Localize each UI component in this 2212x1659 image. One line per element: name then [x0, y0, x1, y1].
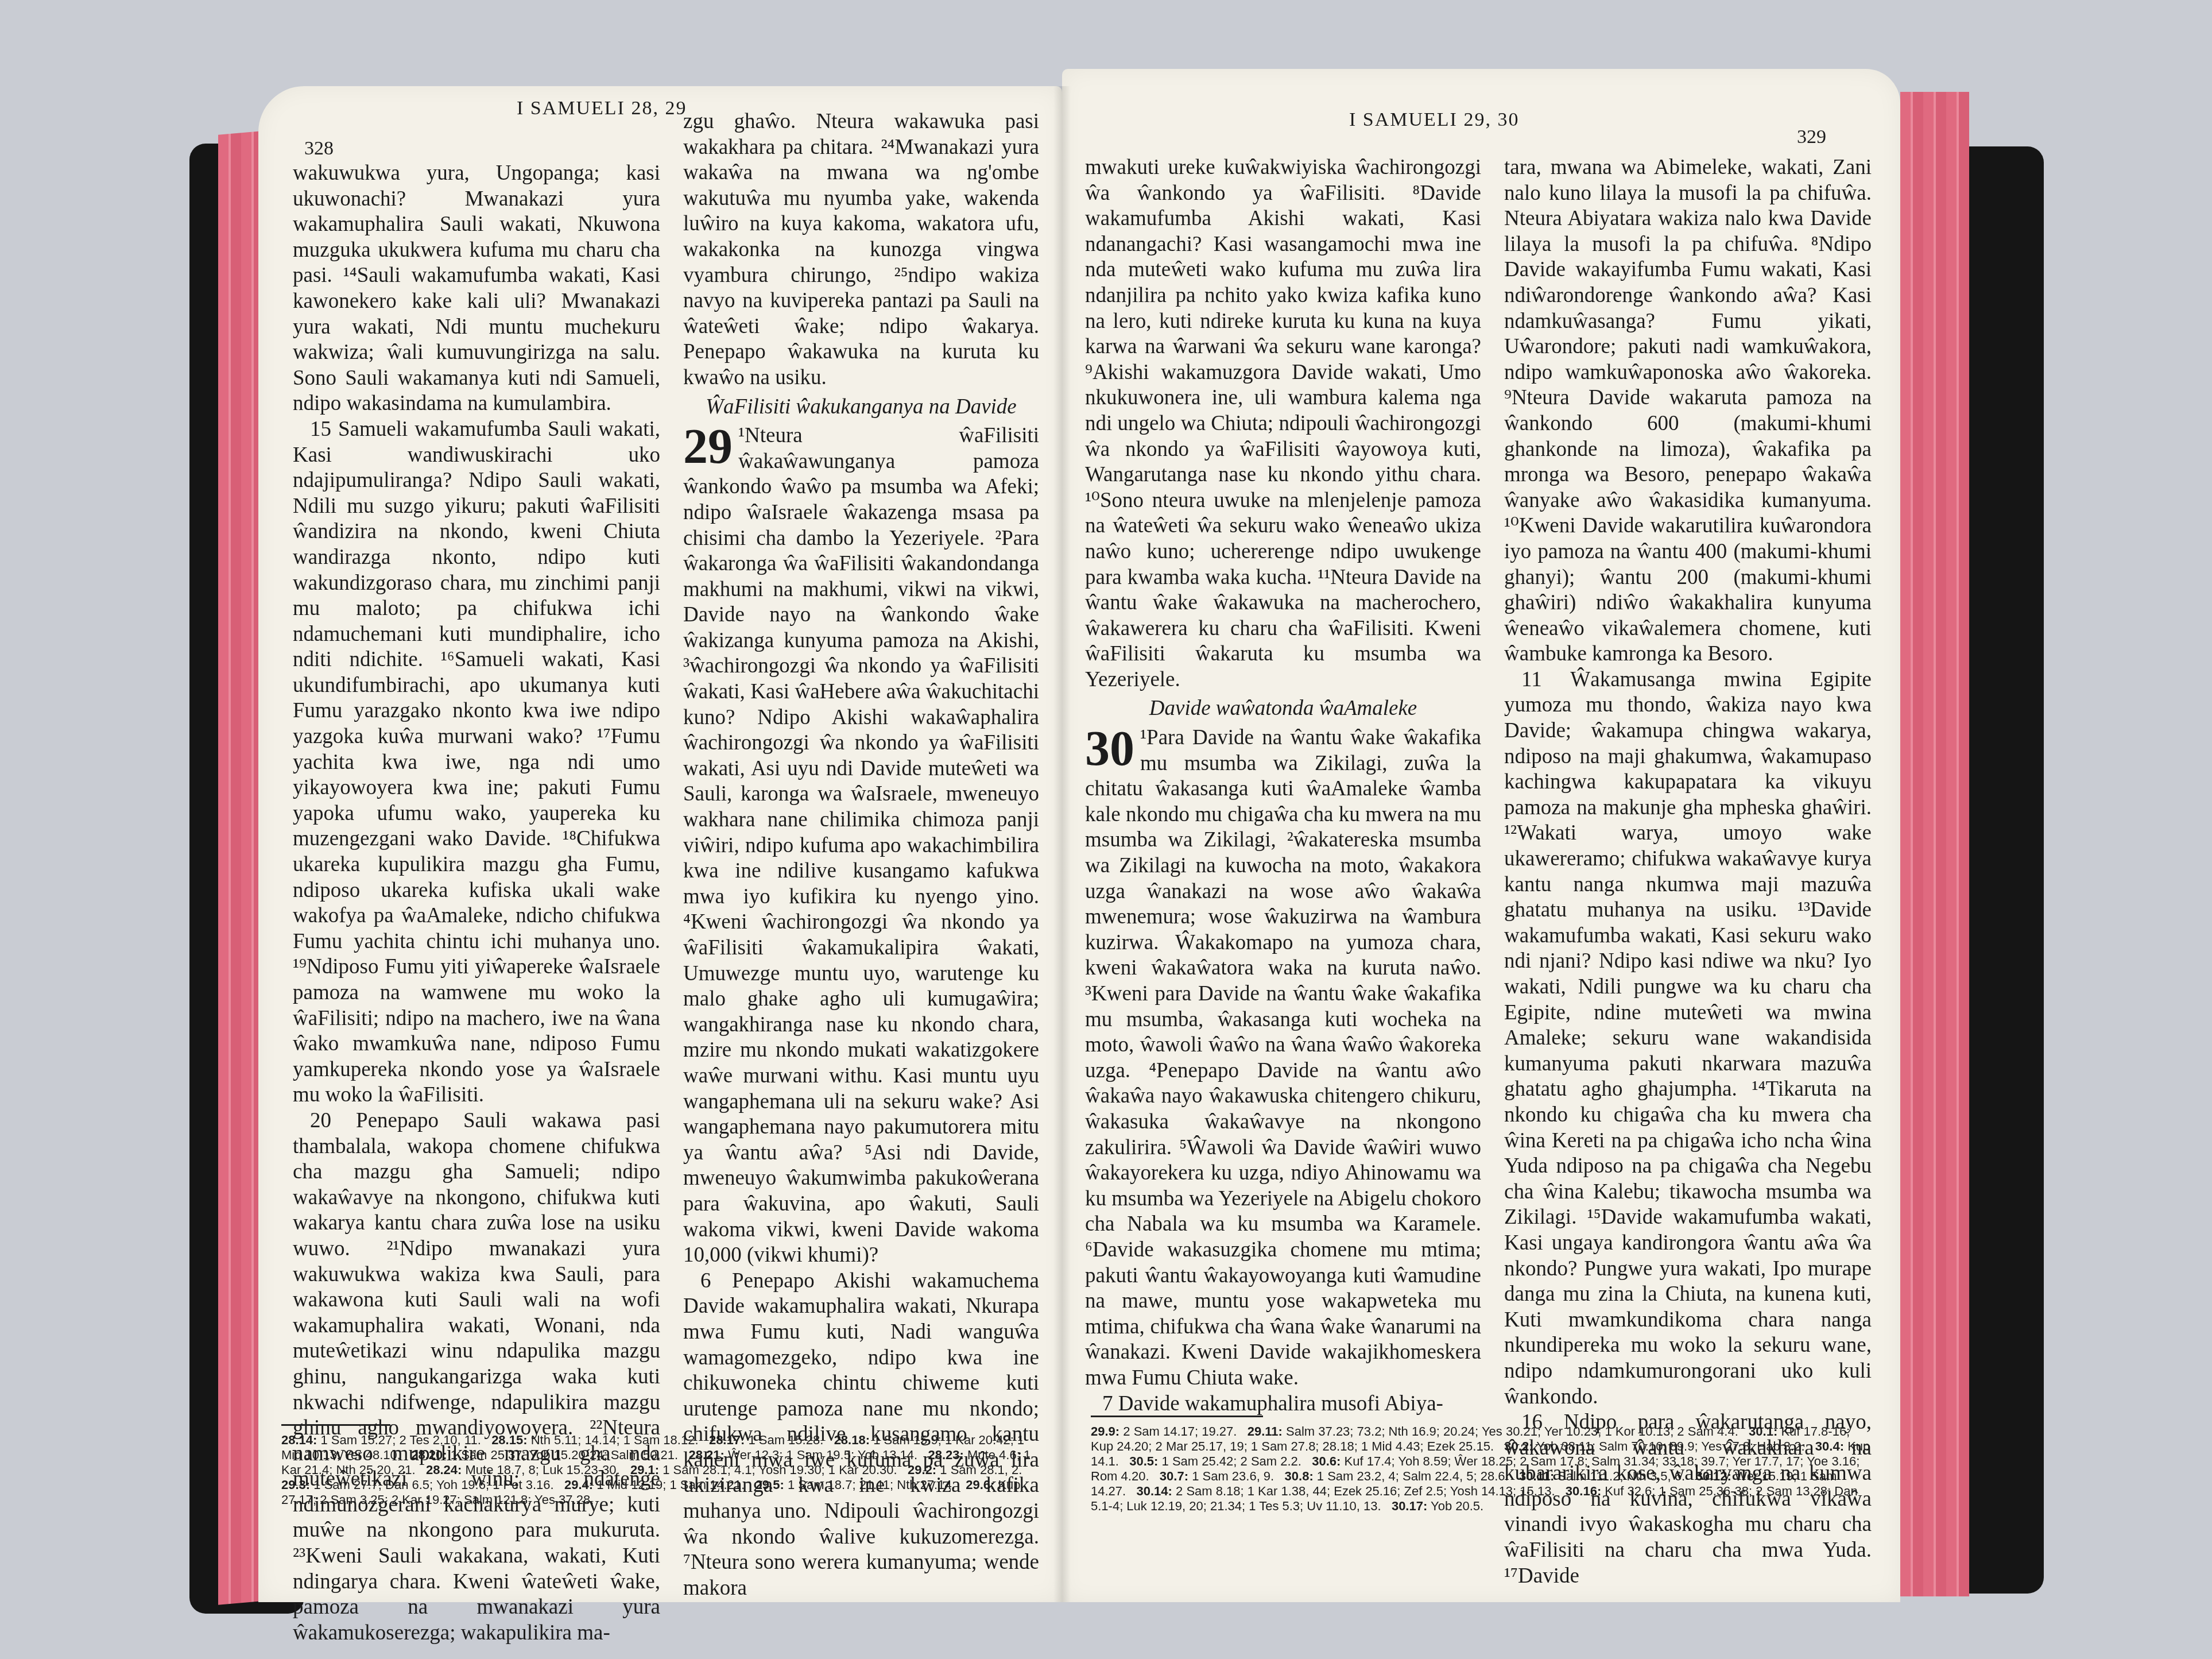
- footnote: 28.21: Ŵer 12.3; 1 Sam 19.5; Yob 13.14.: [688, 1448, 917, 1462]
- footnote: 30.7: 1 Sam 23.6, 9.: [1160, 1469, 1274, 1483]
- verse-paragraph: 11 Ŵakamusanga mwina Egipite yumoza mu t…: [1504, 667, 1872, 1410]
- left-page: I SAMUELI 28, 29 328 wakuwukwa yura, Ung…: [258, 86, 1062, 1602]
- verse-paragraph: tara, mwana wa Abimeleke, wakati, Zani n…: [1504, 155, 1872, 667]
- chapter-number: 30: [1085, 725, 1134, 771]
- page-number: 328: [304, 138, 334, 160]
- footnote: 30.17: Yob 20.5.: [1392, 1499, 1483, 1513]
- footnote: 28.15: Nth 5.11; 14.14; 1 Sam 18.12.: [491, 1433, 698, 1447]
- verse-paragraph: 7 Davide wakamuphalira musofi Abiya-: [1085, 1391, 1481, 1417]
- footnotes: 29.9: 2 Sam 14.17; 19.27. 29.11: Salm 37…: [1091, 1424, 1872, 1514]
- verse-paragraph: ¹Para Davide na ŵantu ŵake ŵakafika mu m…: [1085, 725, 1481, 1391]
- right-column-1: mwakuti ureke kuŵakwiyiska ŵachirongozgi…: [1085, 155, 1481, 1417]
- footnote: 30.14: 2 Sam 8.18; 1 Kar 1.38, 44; Ezek …: [1137, 1484, 1555, 1498]
- right-page: I SAMUELI 29, 30 329 mwakuti ureke kuŵak…: [1062, 69, 1900, 1602]
- section-heading: ŴaFilisiti ŵakukanganya na Davide: [683, 395, 1039, 420]
- footnote: 30.2: Yob 38.11; Salm 70.10; 89.9; Yes 2…: [1504, 1439, 1804, 1453]
- page-edge-right: [1900, 92, 1969, 1596]
- footnote-rule: [1091, 1416, 1263, 1417]
- footnote: 28.24: Mute 18.7, 8; Luk 15.23-30.: [426, 1463, 620, 1477]
- footnote: 29.9: 2 Sam 14.17; 19.27.: [1091, 1424, 1237, 1438]
- footnote: 29.5: 1 Sam 18.7; 21.11; Nth 27.14.: [756, 1478, 955, 1492]
- verse-paragraph: zgu ghaŵo. Nteura wakawuka pasi wakakhar…: [683, 109, 1039, 391]
- page-number: 329: [1797, 126, 1826, 148]
- section-heading: Davide waŵatonda ŵaAmaleke: [1085, 696, 1481, 722]
- footnote: 29.11: Salm 37.23; 73.2; Nth 16.9; 20.24…: [1248, 1424, 1738, 1438]
- footnote: 29.4: 1 Mid 12.19; 1 Sam 14.21.: [564, 1478, 745, 1492]
- left-column-2: zgu ghaŵo. Nteura wakawuka pasi wakakhar…: [683, 109, 1039, 1601]
- footnote: 30.8: 1 Sam 23.2, 4; Salm 22.4, 5; 28.6.: [1285, 1469, 1509, 1483]
- footnote: 29.3: 1 Sam 27.7; Dan 6.5; Yoh 19.6; 1 P…: [281, 1478, 554, 1492]
- right-column-2: tara, mwana wa Abimeleke, wakati, Zani n…: [1504, 155, 1872, 1589]
- running-head: I SAMUELI 28, 29: [517, 98, 687, 119]
- verse-paragraph: 15 Samueli wakamufumba Sauli wakati, Kas…: [293, 417, 660, 1108]
- footnote: 28.20: 1 Sam 25.37; Yob 15.20-24; Salm 5…: [411, 1448, 678, 1462]
- footnotes: 28.14: 1 Sam 15.27; 2 Tes 2.10, 11. 28.1…: [281, 1433, 1039, 1507]
- footnote-rule: [281, 1424, 390, 1426]
- verse-paragraph: ¹Nteura ŵaFilisiti ŵakaŵawunganya pamoza…: [683, 423, 1039, 1269]
- footnote: 29.2: 1 Sam 28.1, 2.: [908, 1463, 1022, 1477]
- footnote: 29.1: 1 Sam 28.1; 4.1; Yosh 19.30; 1 Kar…: [630, 1463, 897, 1477]
- verse-paragraph: 20 Penepapo Sauli wakawa pasi thambalala…: [293, 1108, 660, 1646]
- verse-paragraph: mwakuti ureke kuŵakwiyiska ŵachirongozgi…: [1085, 155, 1481, 693]
- left-column-1: wakuwukwa yura, Ungopanga; kasi ukuwonac…: [293, 161, 660, 1646]
- running-head: I SAMUELI 29, 30: [1349, 109, 1519, 131]
- book-gutter: [1053, 86, 1071, 1602]
- footnote: 30.5: 1 Sam 25.42; 2 Sam 2.2.: [1129, 1454, 1301, 1468]
- footnote: 28.17: 1 Sam 15.28.: [709, 1433, 823, 1447]
- chapter-number: 29: [683, 423, 733, 469]
- footnote: 28.14: 1 Sam 15.27; 2 Tes 2.10, 11.: [281, 1433, 481, 1447]
- footnote: 30.11: Salm 111.2; Nth 3.5, 6.: [1519, 1469, 1685, 1483]
- verse-paragraph: wakuwukwa yura, Ungopanga; kasi ukuwonac…: [293, 161, 660, 417]
